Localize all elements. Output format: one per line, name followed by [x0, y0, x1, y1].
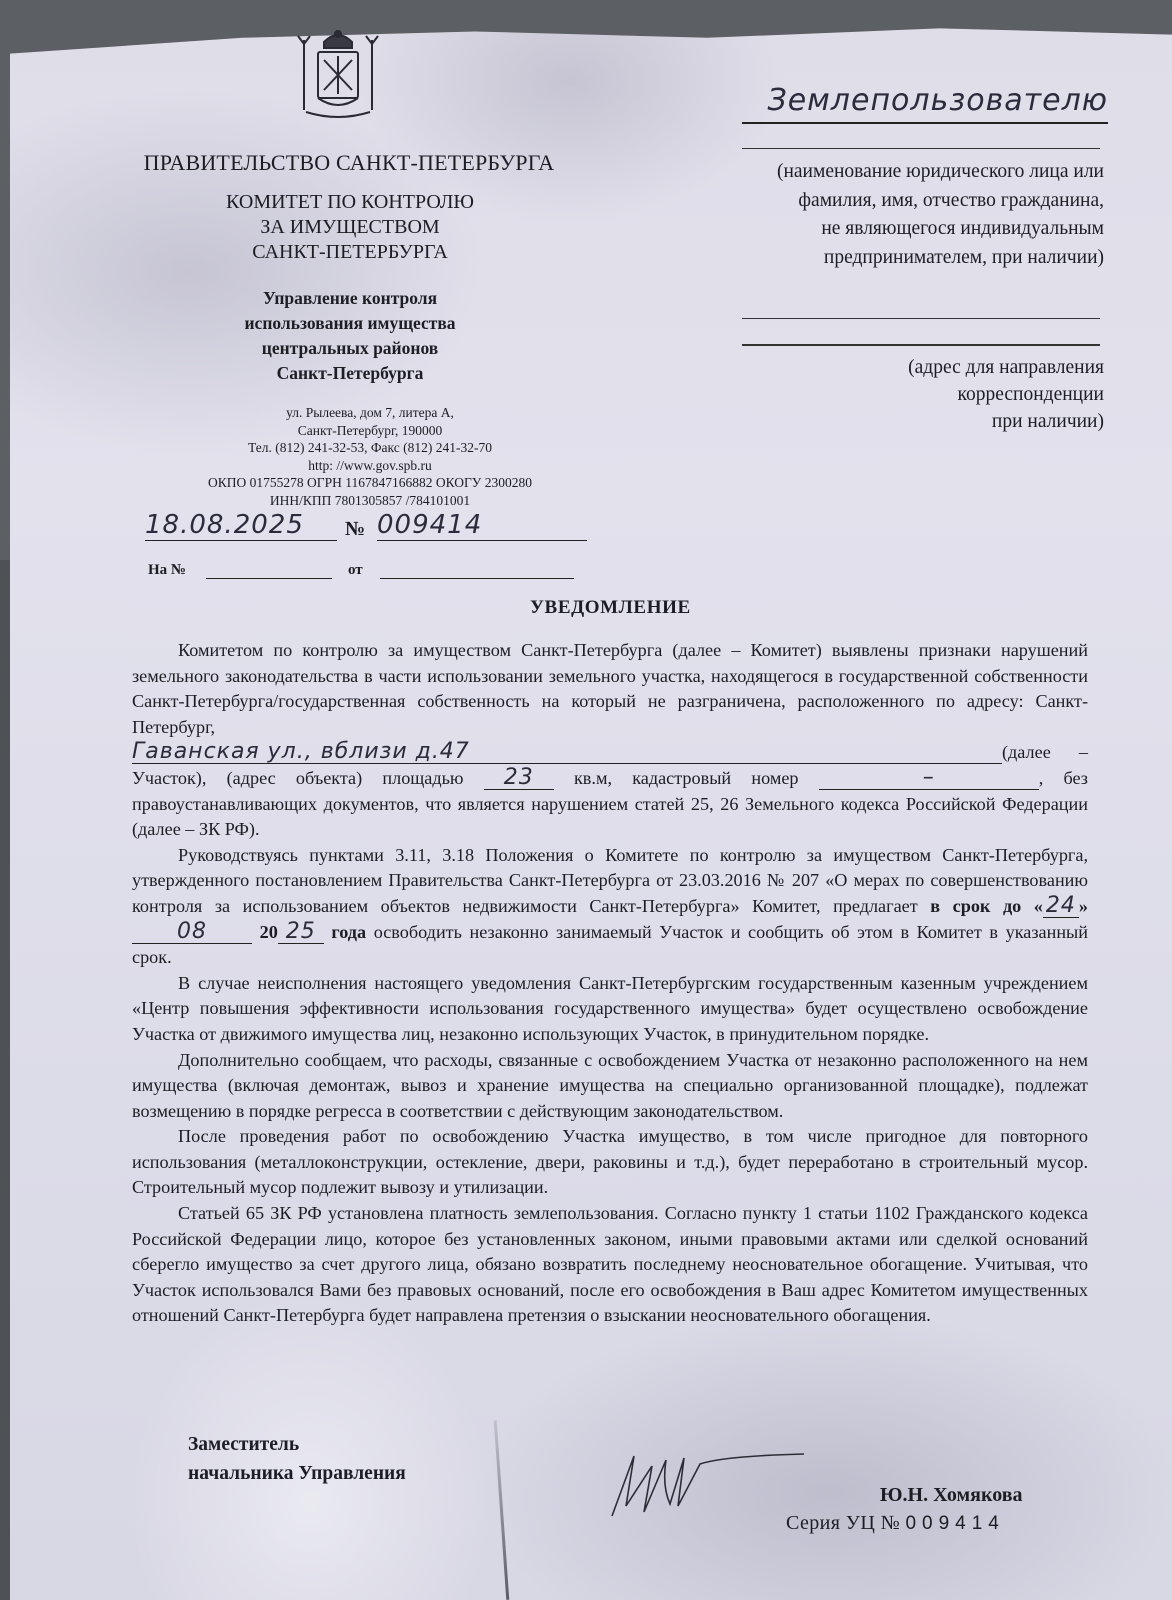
caption-line: предпринимателем, при наличии) — [680, 244, 1104, 273]
department-line: Санкт-Петербурга — [180, 361, 520, 386]
paragraph-disposal: После проведения работ по освобождению У… — [132, 1124, 1088, 1201]
deadline-month-field: 08 — [132, 921, 252, 944]
paragraph-enrichment: Статьей 65 ЗК РФ установлена платность з… — [132, 1201, 1088, 1329]
recipient-caption: (наименование юридического лица или фами… — [680, 158, 1104, 272]
government-name: ПРАВИТЕЛЬСТВО САНКТ-ПЕТЕРБУРГА — [124, 150, 574, 176]
address-line: ул. Рылеева, дом 7, литера А, — [150, 404, 590, 422]
form-serial: Серия УЦ № 009414 — [786, 1512, 1005, 1535]
recipient-blank-line — [742, 148, 1100, 149]
cadastral-number-field: – — [819, 767, 1039, 790]
number-label: № — [345, 518, 365, 541]
recipient-name: Землепользователю — [742, 80, 1108, 124]
department-line: Управление контроля — [180, 286, 520, 311]
ref-date-label: от — [348, 562, 363, 579]
registration-date: 18.08.2025 — [145, 510, 337, 541]
department-line: центральных районов — [180, 336, 520, 361]
title-line: Заместитель — [188, 1430, 406, 1459]
inn-line: ИНН/КПП 7801305857 /784101001 — [150, 492, 590, 510]
department-name: Управление контроля использования имущес… — [180, 286, 520, 386]
plot-area-field: 23 — [484, 767, 554, 790]
caption-line: корреспонденции — [760, 381, 1104, 408]
committee-line: ЗА ИМУЩЕСТВОМ — [180, 215, 520, 240]
caption-line: фамилия, имя, отчество гражданина, — [680, 187, 1104, 216]
ref-date-blank — [380, 578, 574, 579]
registration-line: 18.08.2025 № 009414 — [145, 510, 585, 546]
website-line: http: //www.gov.spb.ru — [150, 457, 590, 475]
paragraph-enforcement: В случае неисполнения настоящего уведомл… — [132, 971, 1088, 1048]
title-line: начальника Управления — [188, 1459, 406, 1488]
recipient-address-blank-1 — [742, 318, 1100, 319]
caption-line: при наличии) — [760, 408, 1104, 435]
serial-number: 009414 — [905, 1513, 1004, 1534]
caption-line: не являющегося индивидуальным — [680, 215, 1104, 244]
document-title: УВЕДОМЛЕНИЕ — [530, 597, 691, 619]
committee-line: КОМИТЕТ ПО КОНТРОЛЮ — [180, 190, 520, 215]
sender-address: ул. Рылеева, дом 7, литера А, Санкт-Пете… — [150, 404, 590, 509]
reference-line: На № от — [148, 560, 588, 584]
paragraph-costs: Дополнительно сообщаем, что расходы, свя… — [132, 1048, 1088, 1125]
deadline-day-field: 24 — [1043, 895, 1079, 918]
department-line: использования имущества — [180, 311, 520, 336]
caption-line: (наименование юридического лица или — [680, 158, 1104, 187]
committee-line: САНКТ-ПЕТЕРБУРГА — [180, 240, 520, 265]
address-line: Санкт-Петербург, 190000 — [150, 422, 590, 440]
caption-line: (адрес для направления — [760, 354, 1104, 381]
committee-name: КОМИТЕТ ПО КОНТРОЛЮ ЗА ИМУЩЕСТВОМ САНКТ-… — [180, 190, 520, 265]
plot-address-field: Гаванская ул., вблизи д.47 — [132, 741, 1002, 764]
codes-line: ОКПО 01755278 ОГРН 1167847166882 ОКОГУ 2… — [150, 474, 590, 492]
ref-number-label: На № — [148, 562, 186, 579]
recipient-address-blank-2 — [742, 344, 1100, 346]
coat-of-arms-icon — [288, 28, 388, 124]
handwritten-signature-icon — [604, 1446, 814, 1526]
phone-line: Тел. (812) 241-32-53, Факс (812) 241-32-… — [150, 439, 590, 457]
notice-body: Комитетом по контролю за имуществом Санк… — [132, 638, 1088, 1329]
registration-number: 009414 — [377, 510, 587, 541]
deadline-year-field: 25 — [278, 921, 324, 944]
address-caption: (адрес для направления корреспонденции п… — [760, 354, 1104, 435]
signatory-title: Заместитель начальника Управления — [188, 1430, 406, 1488]
signer-name: Ю.Н. Хомякова — [880, 1484, 1023, 1507]
ref-number-blank — [206, 578, 332, 579]
paragraph-deadline: Руководствуясь пунктами 3.11, 3.18 Полож… — [132, 843, 1088, 971]
paragraph-violation: Комитетом по контролю за имуществом Санк… — [132, 638, 1088, 843]
serial-label: Серия УЦ № — [786, 1512, 900, 1534]
